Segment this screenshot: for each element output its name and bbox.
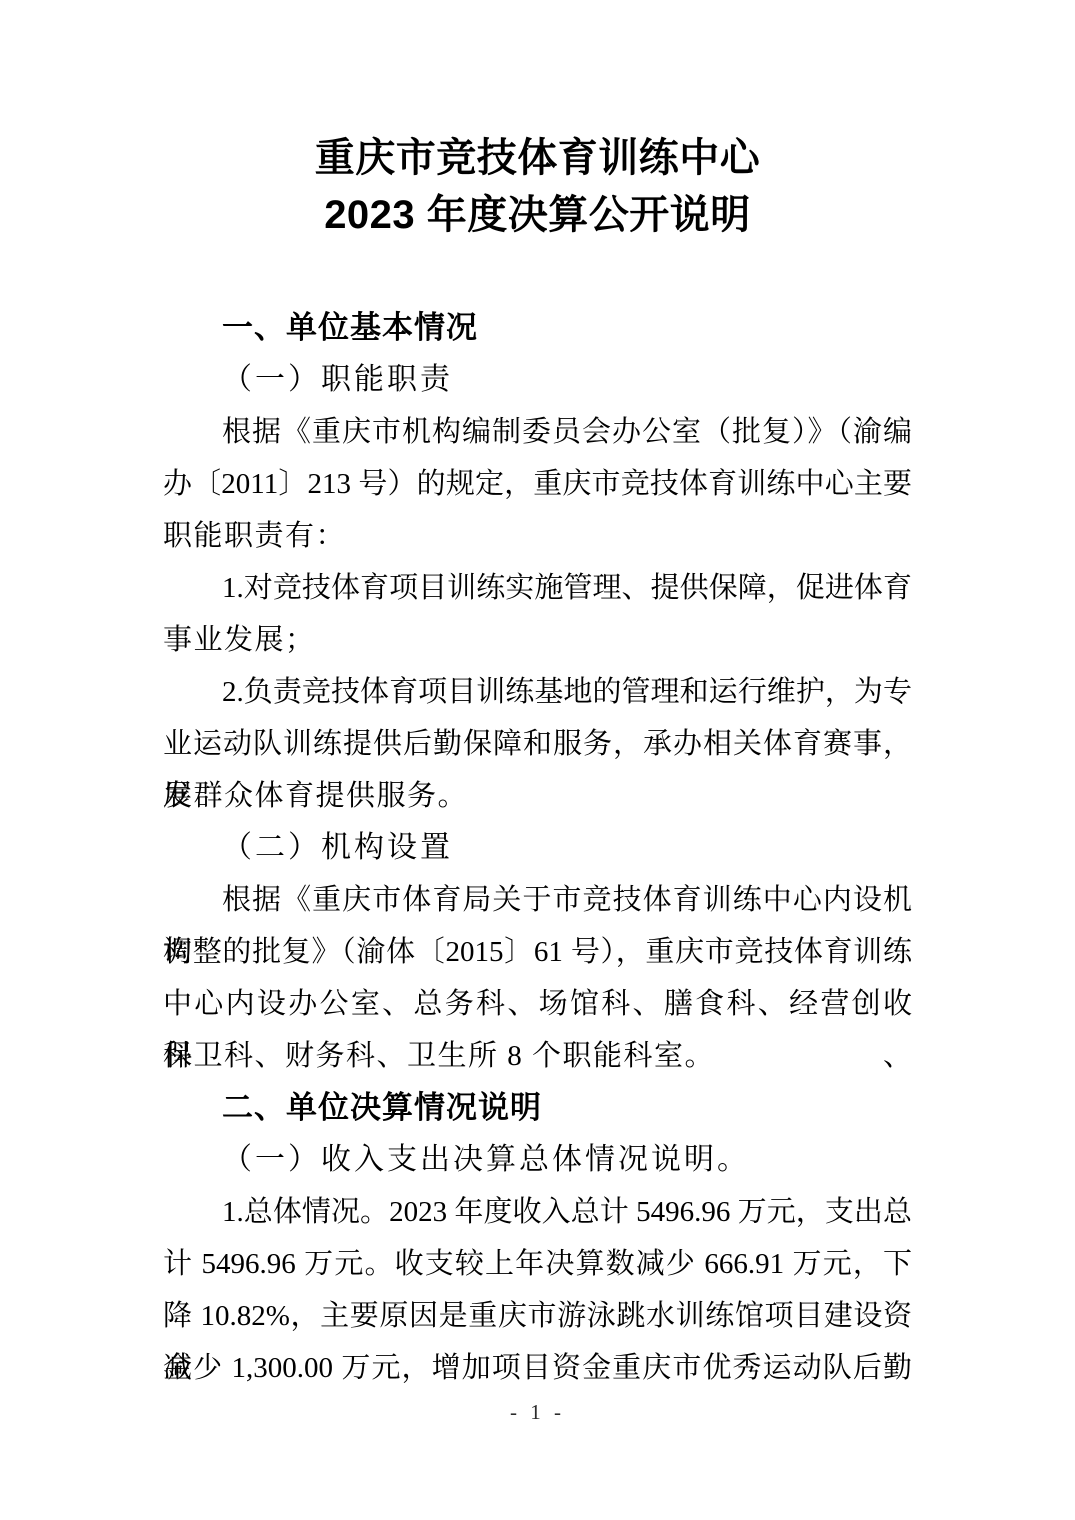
paragraph-5-line-2: 计 5496.96 万元。收支较上年决算数减少 666.91 万元，下 — [163, 1238, 912, 1290]
paragraph-5-line-3: 降 10.82%，主要原因是重庆市游泳跳水训练馆项目建设资金 — [163, 1290, 912, 1342]
sub-heading-organization: （二）机构设置 — [163, 822, 912, 874]
paragraph-1-line-1: 根据《重庆市机构编制委员会办公室（批复）》（渝编 — [163, 406, 912, 458]
page-number: - 1 - — [0, 1398, 1075, 1426]
section-heading-1: 一、单位基本情况 — [163, 302, 912, 354]
paragraph-3-line-1: 2.负责竞技体育项目训练基地的管理和运行维护，为专 — [163, 666, 912, 718]
sub-heading-duties: （一）职能职责 — [163, 354, 912, 406]
paragraph-5-line-4: 减少 1,300.00 万元，增加项目资金重庆市优秀运动队后勤 — [163, 1342, 912, 1394]
document-body: 一、单位基本情况 （一）职能职责 根据《重庆市机构编制委员会办公室（批复）》（渝… — [163, 302, 912, 1394]
paragraph-5-line-1: 1.总体情况。2023 年度收入总计 5496.96 万元，支出总 — [163, 1186, 912, 1238]
paragraph-2-line-1: 1.对竞技体育项目训练实施管理、提供保障，促进体育 — [163, 562, 912, 614]
paragraph-3-line-3: 展群众体育提供服务。 — [163, 770, 912, 822]
paragraph-4-line-2: 调整的批复》（渝体〔2015〕61 号），重庆市竞技体育训练 — [163, 926, 912, 978]
document-title: 重庆市竞技体育训练中心 2023 年度决算公开说明 — [0, 0, 1075, 244]
section-heading-2: 二、单位决算情况说明 — [163, 1082, 912, 1134]
paragraph-1-line-3: 职能职责有： — [163, 510, 912, 562]
paragraph-2-line-2: 事业发展； — [163, 614, 912, 666]
sub-heading-budget-overview: （一）收入支出决算总体情况说明。 — [163, 1134, 912, 1186]
paragraph-4-line-1: 根据《重庆市体育局关于市竞技体育训练中心内设机构 — [163, 874, 912, 926]
paragraph-1-line-2: 办〔2011〕213 号）的规定，重庆市竞技体育训练中心主要 — [163, 458, 912, 510]
document-title-line-2: 2023 年度决算公开说明 — [0, 187, 1075, 244]
document-title-line-1: 重庆市竞技体育训练中心 — [0, 130, 1075, 187]
document-page: 重庆市竞技体育训练中心 2023 年度决算公开说明 一、单位基本情况 （一）职能… — [0, 0, 1075, 1520]
paragraph-3-line-2: 业运动队训练提供后勤保障和服务，承办相关体育赛事，发 — [163, 718, 912, 770]
paragraph-4-line-3: 中心内设办公室、总务科、场馆科、膳食科、经营创收科、 — [163, 978, 912, 1030]
